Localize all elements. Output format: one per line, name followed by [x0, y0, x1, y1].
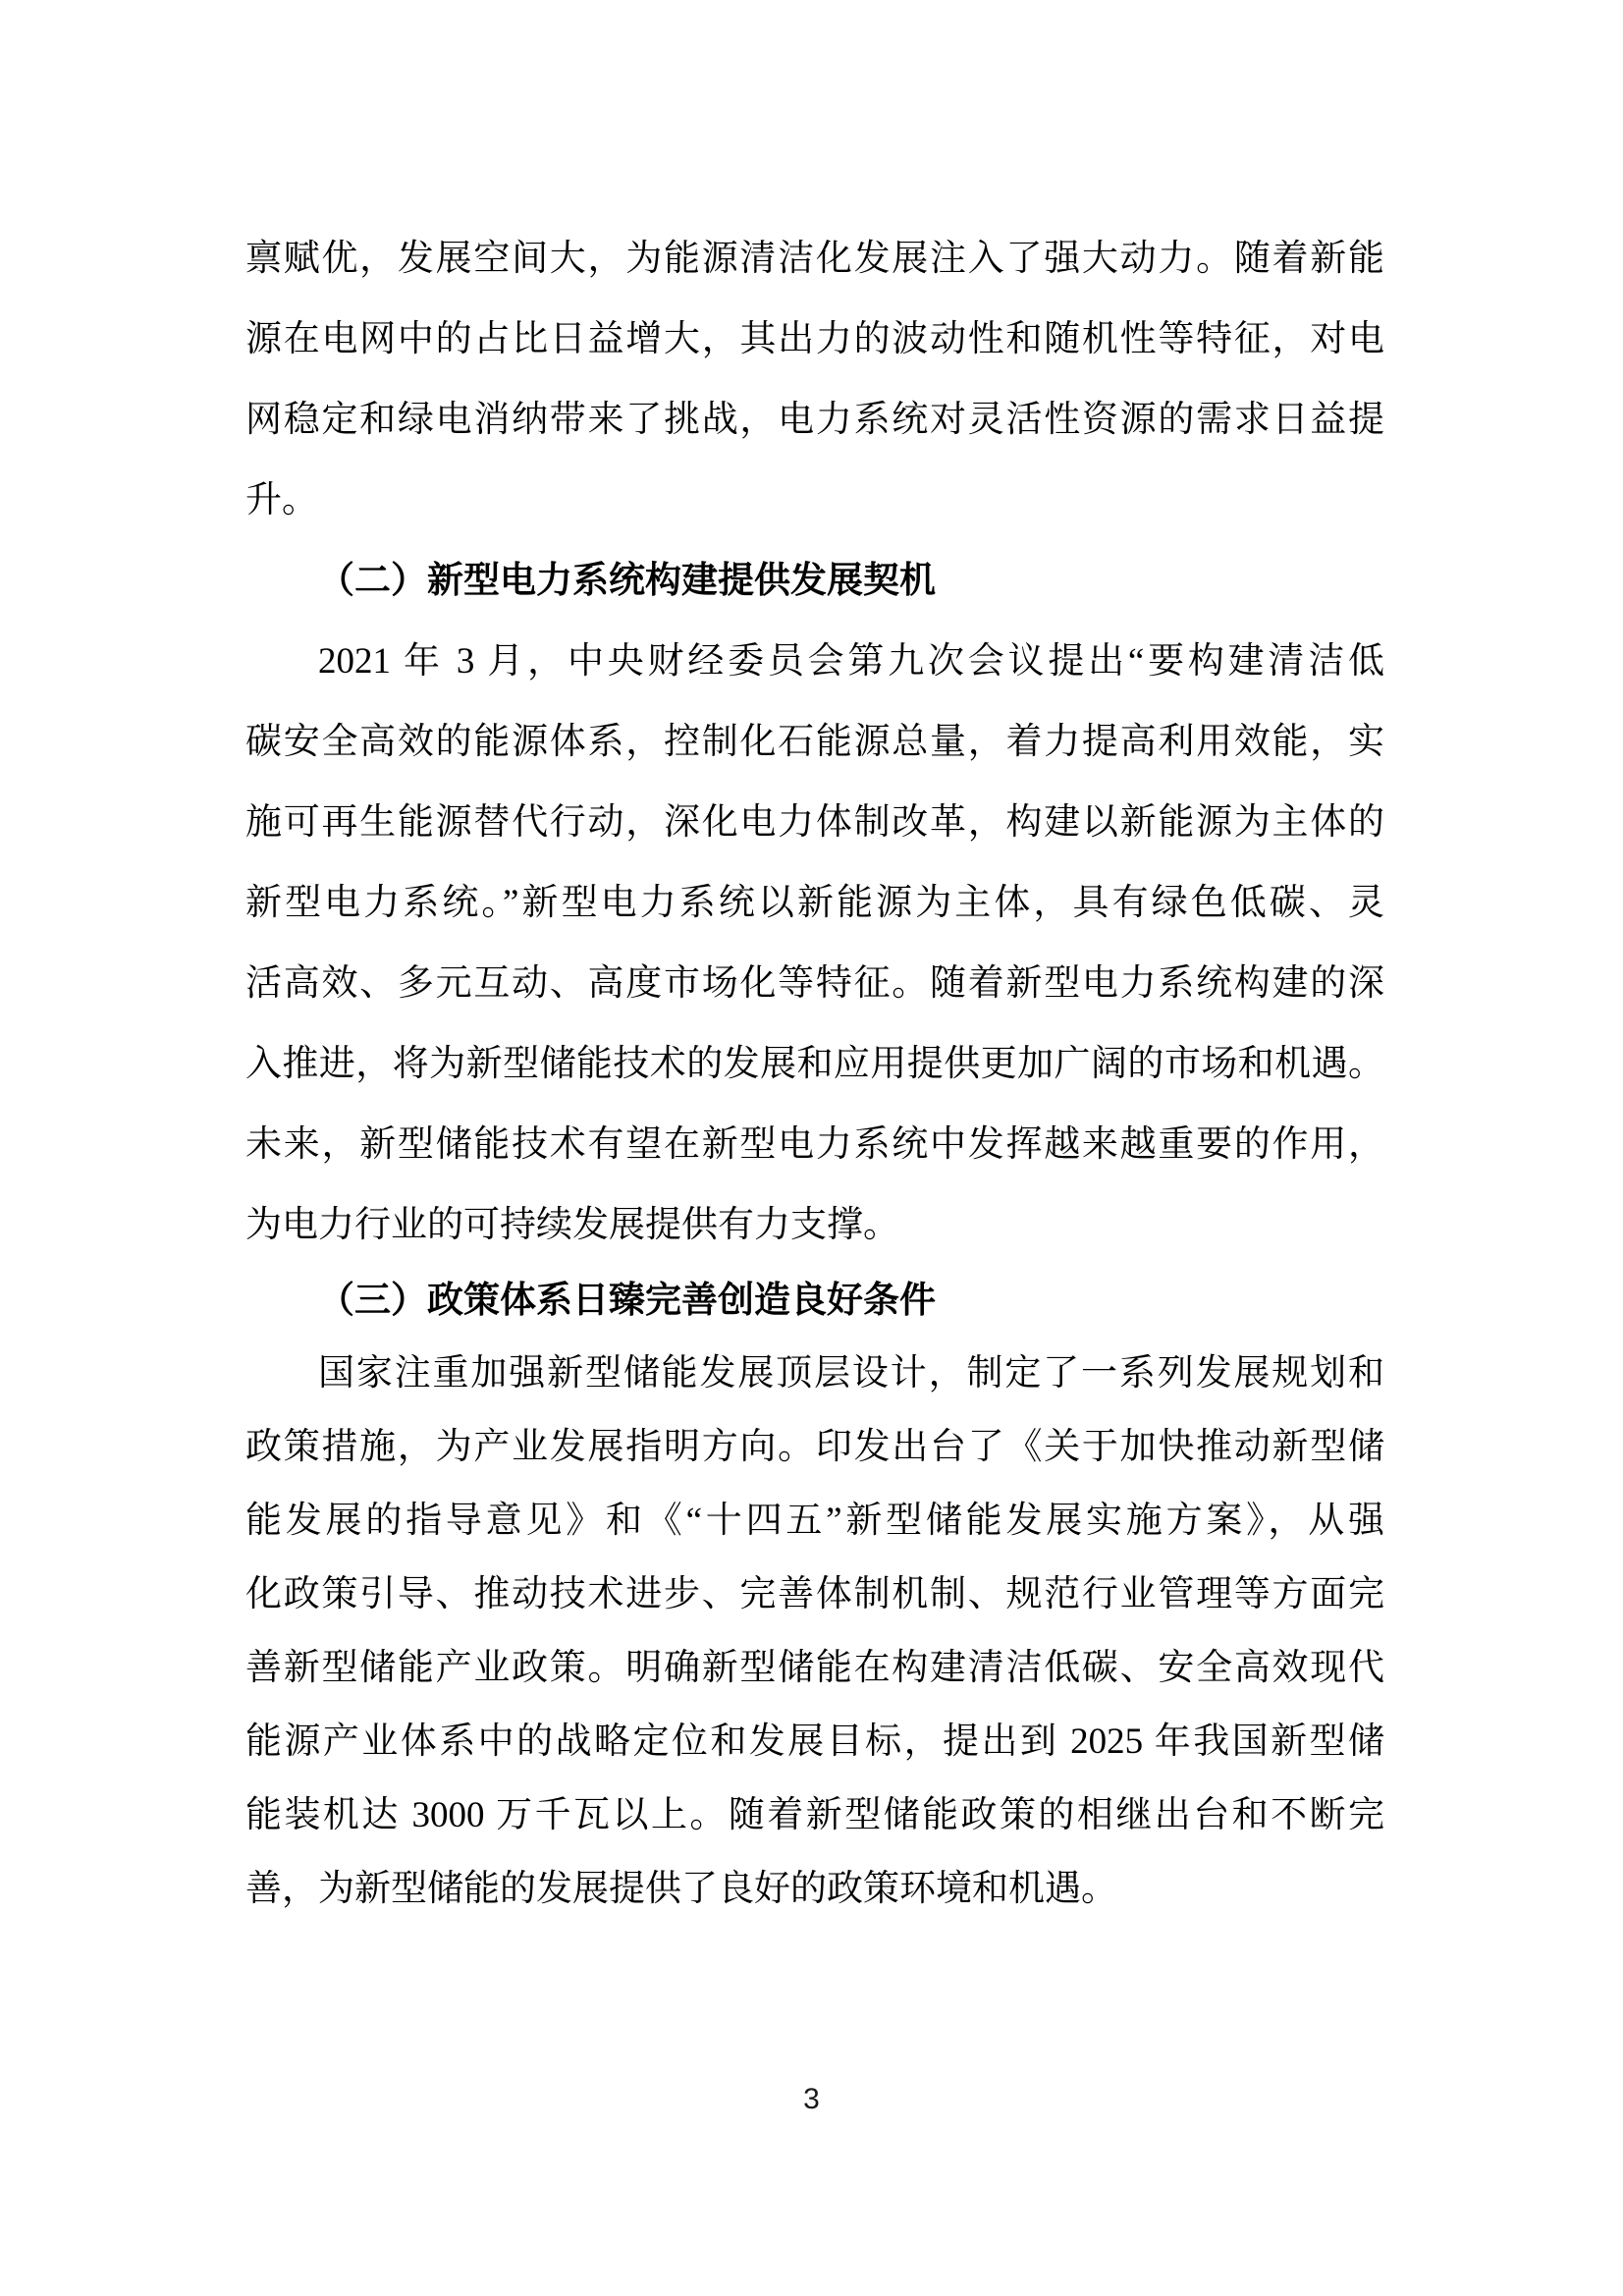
- text-line: 能装机达 3000 万千瓦以上。随着新型储能政策的相继出台和不断完: [245, 1778, 1384, 1852]
- text-line: 善，为新型储能的发展提供了良好的政策环境和机遇。: [245, 1852, 1384, 1926]
- text-line: 能发展的指导意见》和《“十四五”新型储能发展实施方案》，从强: [245, 1484, 1384, 1558]
- text-line: 入推进，将为新型储能技术的发展和应用提供更加广阔的市场和机遇。: [245, 1024, 1384, 1105]
- paragraph-section-3: 国家注重加强新型储能发展顶层设计，制定了一系列发展规划和 政策措施，为产业发展指…: [245, 1337, 1384, 1926]
- text-line: 为电力行业的可持续发展提供有力支撑。: [245, 1185, 1384, 1266]
- text-line: 网稳定和绿电消纳带来了挑战，电力系统对灵活性资源的需求日益提: [245, 380, 1384, 461]
- paragraph-continuation: 禀赋优，发展空间大，为能源清洁化发展注入了强大动力。随着新能 源在电网中的占比日…: [245, 219, 1384, 541]
- text-line: 源在电网中的占比日益增大，其出力的波动性和随机性等特征，对电: [245, 300, 1384, 380]
- text-line: 国家注重加强新型储能发展顶层设计，制定了一系列发展规划和: [245, 1337, 1384, 1410]
- text-line: 活高效、多元互动、高度市场化等特征。随着新型电力系统构建的深: [245, 944, 1384, 1024]
- document-page: 禀赋优，发展空间大，为能源清洁化发展注入了强大动力。随着新能 源在电网中的占比日…: [0, 0, 1623, 2296]
- text-line: 政策措施，为产业发展指明方向。印发出台了《关于加快推动新型储: [245, 1410, 1384, 1484]
- document-content: 禀赋优，发展空间大，为能源清洁化发展注入了强大动力。随着新能 源在电网中的占比日…: [245, 219, 1384, 1926]
- text-line: 善新型储能产业政策。明确新型储能在构建清洁低碳、安全高效现代: [245, 1631, 1384, 1705]
- text-line: 施可再生能源替代行动，深化电力体制改革，构建以新能源为主体的: [245, 783, 1384, 863]
- text-line: 碳安全高效的能源体系，控制化石能源总量，着力提高利用效能，实: [245, 702, 1384, 783]
- text-line: 化政策引导、推动技术进步、完善体制机制、规范行业管理等方面完: [245, 1558, 1384, 1631]
- section-heading-2: （二）新型电力系统构建提供发展契机: [245, 541, 1384, 622]
- paragraph-section-2: 2021 年 3 月，中央财经委员会第九次会议提出“要构建清洁低 碳安全高效的能…: [245, 622, 1384, 1266]
- page-number: 3: [0, 2082, 1623, 2117]
- text-line: 未来，新型储能技术有望在新型电力系统中发挥越来越重要的作用，: [245, 1105, 1384, 1185]
- text-line: 2021 年 3 月，中央财经委员会第九次会议提出“要构建清洁低: [245, 622, 1384, 702]
- text-line: 能源产业体系中的战略定位和发展目标，提出到 2025 年我国新型储: [245, 1705, 1384, 1778]
- text-line: 升。: [245, 461, 1384, 541]
- text-line: 禀赋优，发展空间大，为能源清洁化发展注入了强大动力。随着新能: [245, 219, 1384, 300]
- text-line: 新型电力系统。”新型电力系统以新能源为主体，具有绿色低碳、灵: [245, 863, 1384, 944]
- section-heading-3: （三）政策体系日臻完善创造良好条件: [245, 1266, 1384, 1337]
